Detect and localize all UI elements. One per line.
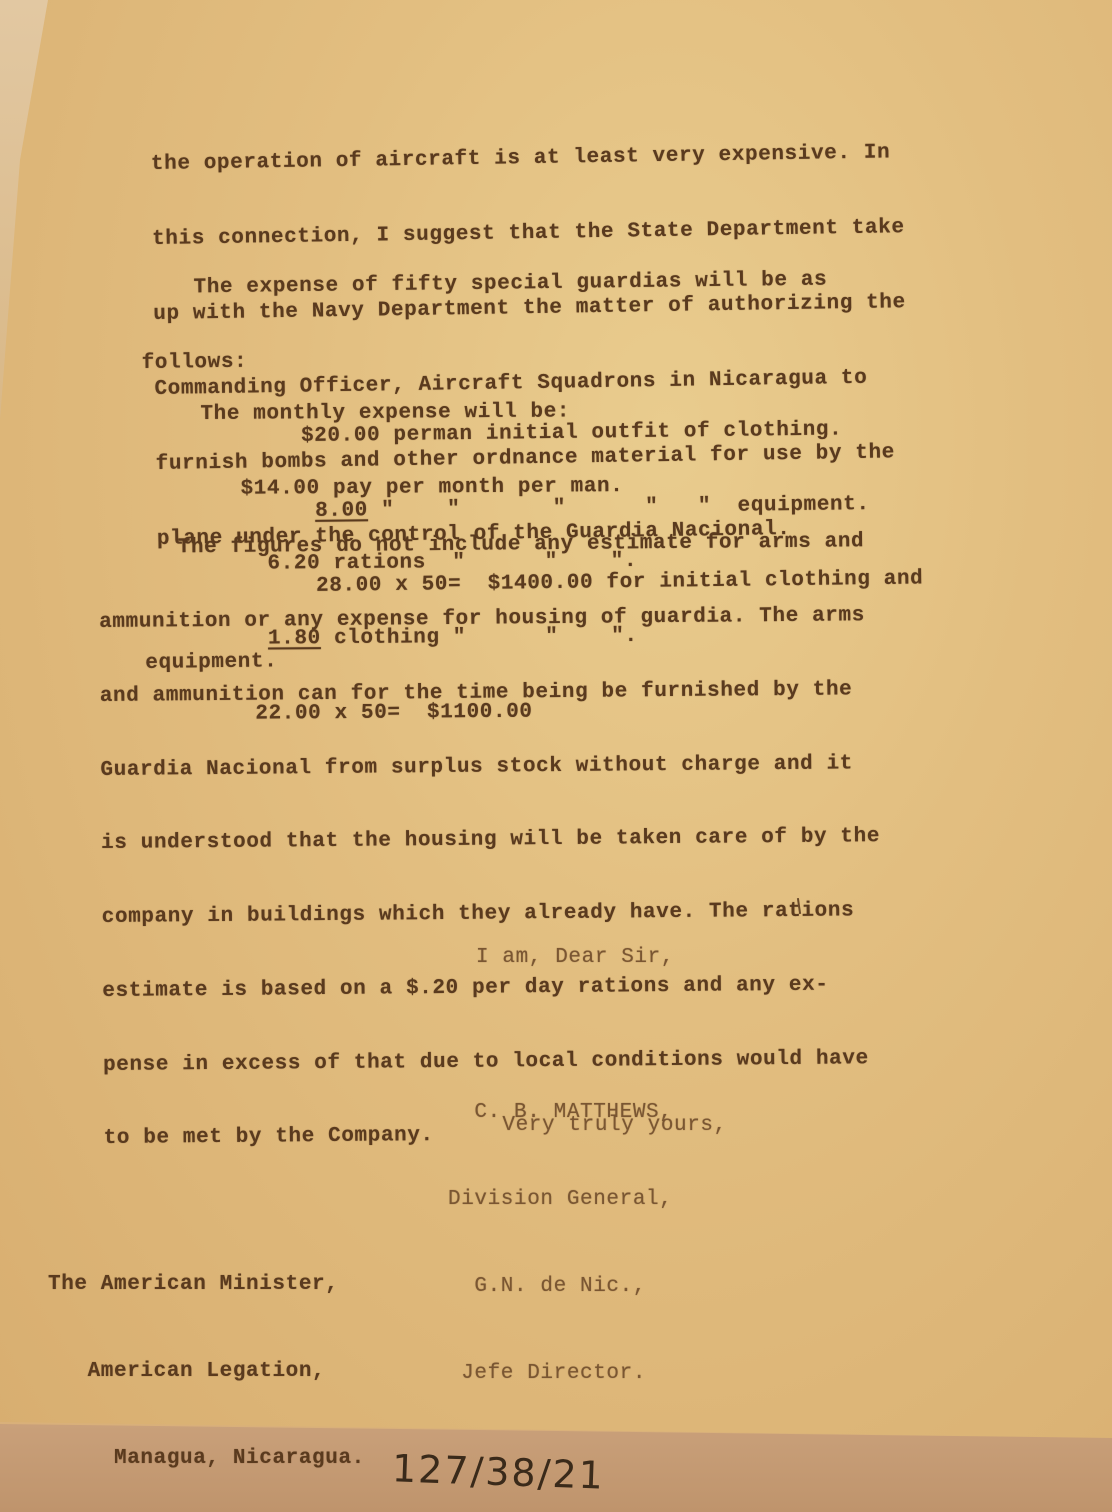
text-line: The expense of fifty special guardias wi… [141,266,920,301]
text-line: and ammunition can for the time being be… [100,678,879,709]
addressee-line: The American Minister, [48,1270,365,1299]
text-line: ammunition or any expense for housing of… [99,604,878,635]
signer-org: G.N. de Nic., [448,1272,672,1301]
text-line: Guardia Nacional from surplus stock with… [100,752,879,783]
signature-block: C. B. MATTHEWS, Division General, G.N. d… [448,1040,672,1417]
signer-name: C. B. MATTHEWS, [448,1098,672,1127]
signer-title: Division General, [448,1185,672,1214]
text-line: The figures do not include any estimate … [98,530,877,561]
addressee-block: The American Minister, American Legation… [48,1212,365,1502]
closing-line: I am, Dear Sir, [476,930,727,986]
text-line: the operation of aircraft is at least ve… [151,140,904,177]
archive-number-label: 127/38/21 [391,1446,605,1497]
signer-role: Jefe Director. [448,1359,672,1388]
addressee-line: Managua, Nicaragua. [48,1444,365,1473]
text-line: The monthly expense will be: [200,399,636,427]
addressee-line: American Legation, [48,1357,365,1386]
